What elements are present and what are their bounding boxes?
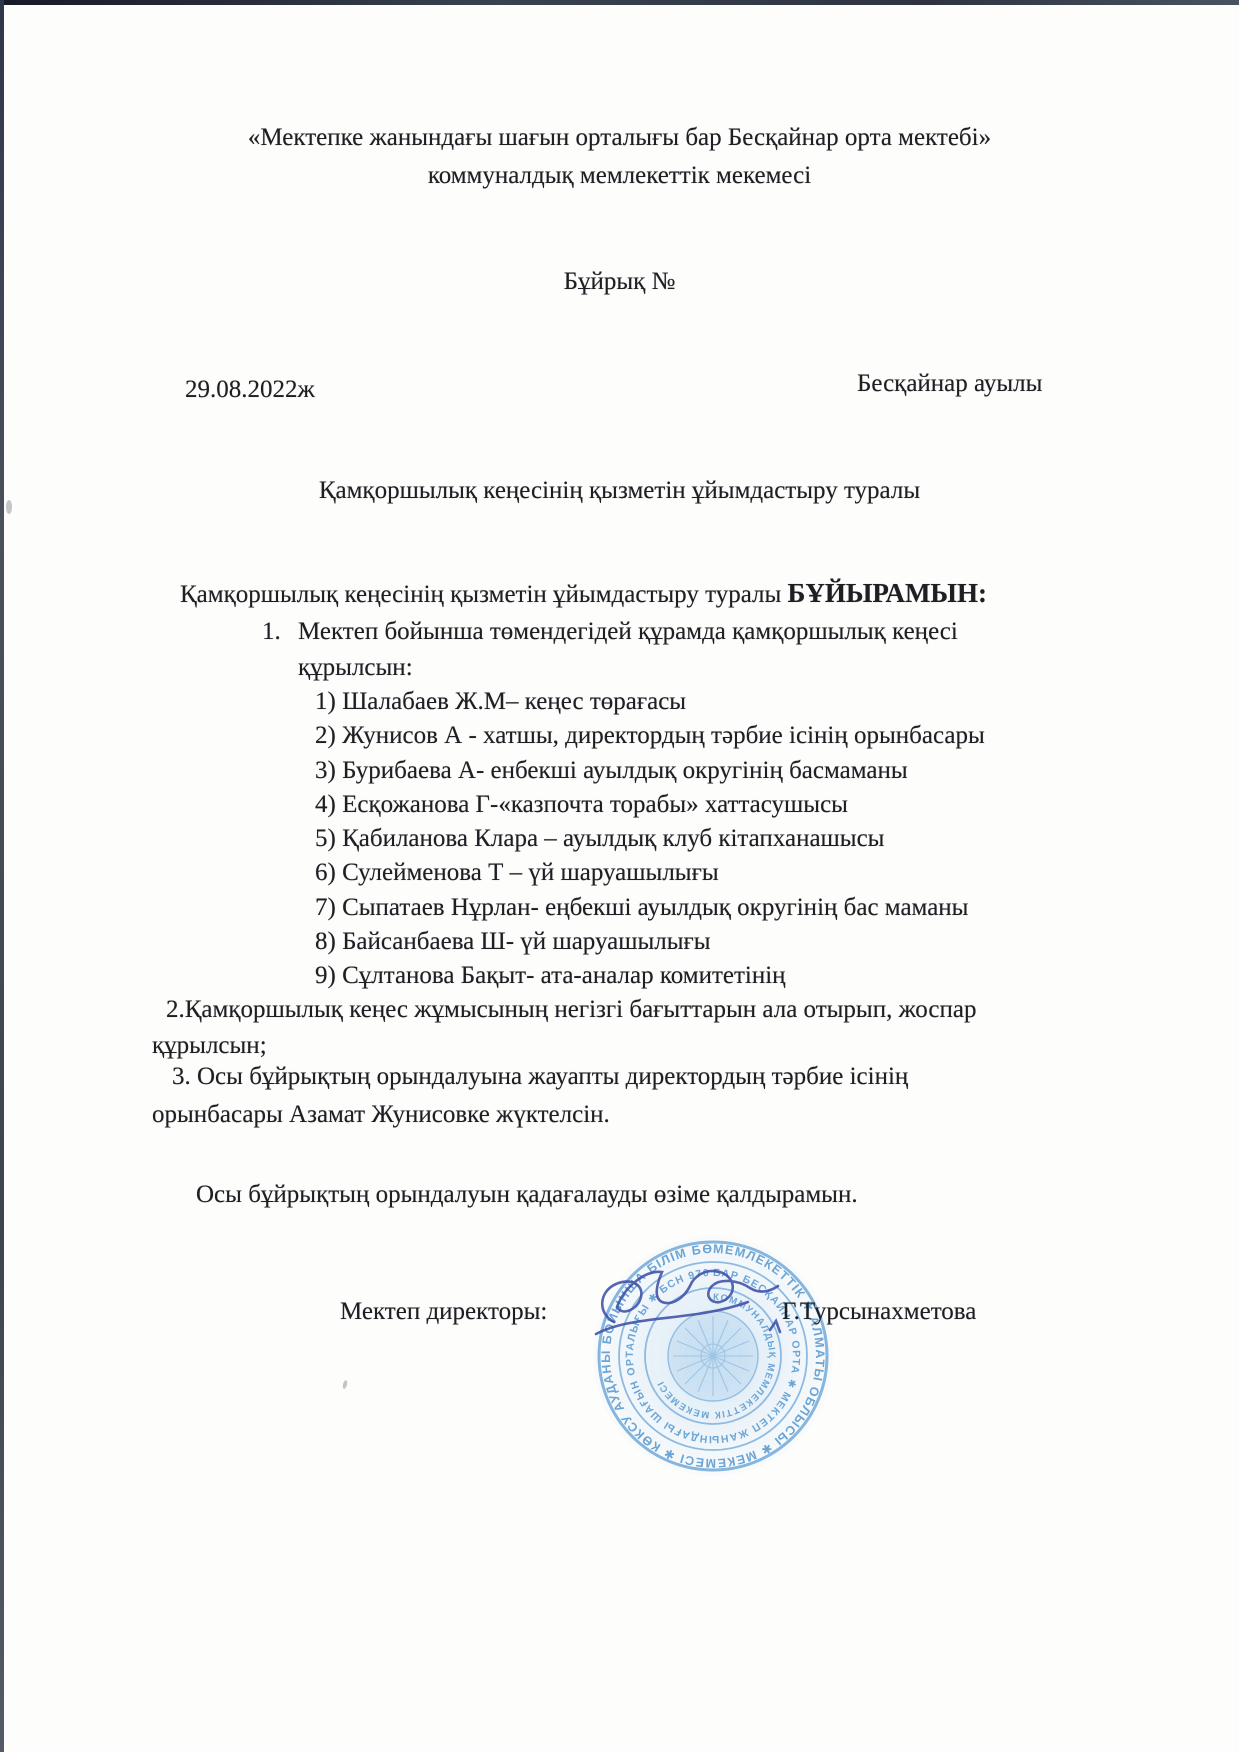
member-line: 9) Сұлтанова Бақыт- ата-аналар комитетін… xyxy=(315,958,786,994)
doc-title: Бұйрық № xyxy=(0,264,1239,300)
doc-date: 29.08.2022ж xyxy=(185,372,315,408)
org-name-line2: коммуналдық мемлекеттік мекемесі xyxy=(0,158,1239,194)
decree-word: БҰЙЫРАМЫН: xyxy=(788,578,987,608)
signature-tick xyxy=(770,1321,780,1332)
member-line: 3) Бурибаева А- енбекші ауылдық округіні… xyxy=(315,753,908,789)
member-line: 2) Жунисов А - хатшы, директордың тәрбие… xyxy=(315,718,985,754)
scan-edge-left xyxy=(0,0,4,1752)
point3-text: 3. Осы бұйрықтың орындалуына жауапты дир… xyxy=(152,1058,996,1134)
signature-name: Г.Турсынахметова xyxy=(782,1294,976,1330)
point1-text: Мектеп бойынша төмендегідей құрамда қамқ… xyxy=(298,614,1022,686)
point1-number: 1. xyxy=(262,614,281,650)
member-line: 5) Қабиланова Клара – ауылдық клуб кітап… xyxy=(315,821,884,857)
order-lead-text: Қамқоршылық кеңесінің қызметін ұйымдасты… xyxy=(180,581,788,608)
member-line: 7) Сыпатаев Нұрлан- еңбекші ауылдық окру… xyxy=(315,890,968,926)
member-line: 4) Есқожанова Г-«казпочта торабы» хаттас… xyxy=(315,787,848,823)
scan-edge-top xyxy=(0,0,1239,5)
member-line: 8) Байсанбаева Ш- үй шаруашылығы xyxy=(315,924,711,960)
doc-place: Бесқайнар ауылы xyxy=(857,366,1042,402)
doc-subject: Қамқоршылық кеңесінің қызметін ұйымдасты… xyxy=(0,473,1239,509)
member-line: 6) Сулейменова Т – үй шаруашылығы xyxy=(315,855,719,891)
signature-label: Мектеп директоры: xyxy=(340,1294,547,1330)
signature-flourish xyxy=(596,1302,748,1334)
control-text: Осы бұйрықтың орындалуын қадағалауды өзі… xyxy=(196,1177,858,1213)
order-lead-line: Қамқоршылық кеңесінің қызметін ұйымдасты… xyxy=(180,575,987,613)
org-name-line1: «Мектепке жанындағы шағын орталығы бар Б… xyxy=(0,120,1239,156)
director-signature xyxy=(592,1242,807,1347)
member-line: 1) Шалабаев Ж.М– кеңес төрағасы xyxy=(315,684,686,720)
point2-text: 2.Қамқоршылық кеңес жұмысының негізгі ба… xyxy=(152,992,1092,1064)
scanned-order-page: «Мектепке жанындағы шағын орталығы бар Б… xyxy=(0,0,1239,1752)
scan-smudge xyxy=(342,1380,348,1390)
